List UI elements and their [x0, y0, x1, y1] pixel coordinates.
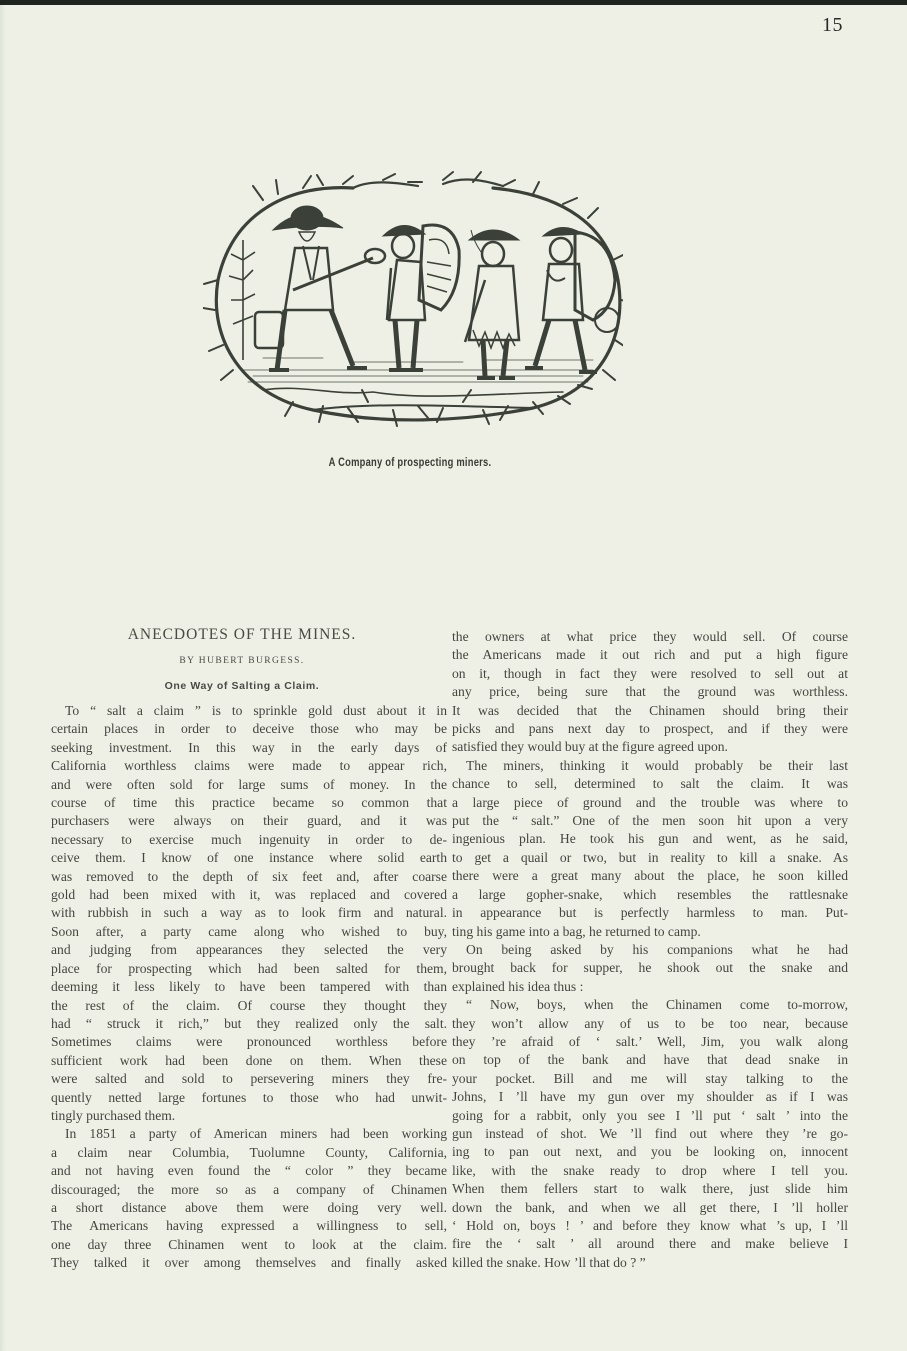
text-line: In 1851 a party of American miners had b… — [51, 1125, 447, 1143]
text-line: any price, being sure that the ground wa… — [452, 683, 848, 701]
text-line: and were often sold for large sums of mo… — [51, 776, 447, 794]
paragraph-continued: the owners at what price they would sell… — [452, 628, 848, 757]
text-line: going for a rabbit, only you see I ’ll p… — [452, 1107, 848, 1125]
text-line: The miners, thinking it would probably b… — [452, 757, 848, 775]
text-line: in appearance but is perfectly harmless … — [452, 904, 848, 922]
text-line: the rest of the claim. Of course they th… — [51, 997, 447, 1015]
text-line: a large gopher-snake, which resembles th… — [452, 886, 848, 904]
text-line: deeming it less likely to have been tamp… — [51, 978, 447, 996]
text-line: a large piece of ground and the trouble … — [452, 794, 848, 812]
page-top-edge — [0, 0, 907, 5]
text-line: ceive them. I know of one instance where… — [51, 849, 447, 867]
text-line: ingenious plan. He took his gun and went… — [452, 830, 848, 848]
text-line: explained his idea thus : — [452, 978, 848, 996]
text-line: on top of the bank and have that dead sn… — [452, 1051, 848, 1069]
text-line: certain places in order to deceive those… — [51, 720, 447, 738]
text-line: a claim near Columbia, Tuolumne County, … — [51, 1144, 447, 1162]
section-heading: One Way of Salting a Claim. — [57, 680, 427, 692]
text-line: Sometimes claims were pronounced worthle… — [51, 1033, 447, 1051]
text-line: It was decided that the Chinamen should … — [452, 702, 848, 720]
illustration-caption: A Company of prospecting miners. — [246, 455, 574, 469]
text-line: The Americans having expressed a willing… — [51, 1217, 447, 1235]
text-line: and judging from appearances they select… — [51, 941, 447, 959]
paragraph-miners-salt: The miners, thinking it would probably b… — [452, 757, 848, 941]
text-line: Soon after, a party came along who wishe… — [51, 923, 447, 941]
text-line: ‘ Hold on, boys ! ’ and before they know… — [452, 1217, 848, 1235]
text-line: on it, though in fact they were resolved… — [452, 665, 848, 683]
text-line: California worthless claims were made to… — [51, 757, 447, 775]
text-line: gold had been mixed with it, was replace… — [51, 886, 447, 904]
paragraph-supper: On being asked by his companions what he… — [452, 941, 848, 996]
text-line: they won’t allow any of us to be too nea… — [452, 1015, 848, 1033]
text-line: had “ struck it rich,” but they realized… — [51, 1015, 447, 1033]
text-line: On being asked by his companions what he… — [452, 941, 848, 959]
text-line: there were a great many about the place,… — [452, 867, 848, 885]
text-line: gun instead of shot. We ’ll find out whe… — [452, 1125, 848, 1143]
text-line: quently netted large fortunes to those w… — [51, 1089, 447, 1107]
text-line: purchasers were always on their guard, a… — [51, 812, 447, 830]
text-line: tingly purchased them. — [51, 1107, 447, 1125]
text-line: like, with the snake ready to drop where… — [452, 1162, 848, 1180]
text-line: with rubbish in such a way as to look fi… — [51, 904, 447, 922]
text-line: ting his game into a bag, he returned to… — [452, 923, 848, 941]
text-line: sufficient work had been done on them. W… — [51, 1052, 447, 1070]
text-line: to get a quail or two, but in reality to… — [452, 849, 848, 867]
prospecting-miners-engraving-icon — [203, 170, 623, 455]
text-line: chance to sell, determined to salt the c… — [452, 775, 848, 793]
text-line: To “ salt a claim ” is to sprinkle gold … — [51, 702, 447, 720]
page-number: 15 — [822, 14, 843, 37]
text-line: fire the ‘ salt ’ all around there and m… — [452, 1235, 848, 1253]
text-line: discouraged; the more so as a company of… — [51, 1181, 447, 1199]
paragraph-salt-definition: To “ salt a claim ” is to sprinkle gold … — [51, 702, 447, 1125]
text-line: down the bank, and when we all get there… — [452, 1199, 848, 1217]
text-line: Johns, I ’ll have my gun over my shoulde… — [452, 1088, 848, 1106]
paragraph-plan-quote: “ Now, boys, when the Chinamen come to-m… — [452, 996, 848, 1272]
text-line: seeking investment. In this way in the e… — [51, 739, 447, 757]
text-line: They talked it over among themselves and… — [51, 1254, 447, 1272]
text-line: and not having even found the “ color ” … — [51, 1162, 447, 1180]
text-line: was removed to the depth of six feet and… — [51, 868, 447, 886]
text-line: a short distance above them were doing v… — [51, 1199, 447, 1217]
engraving-illustration — [203, 170, 623, 455]
text-line: put the “ salt.” One of the men soon hit… — [452, 812, 848, 830]
text-line: When them fellers start to walk there, j… — [452, 1180, 848, 1198]
article-byline: BY HUBERT BURGESS. — [57, 656, 427, 666]
article-title: ANECDOTES OF THE MINES. — [57, 626, 427, 644]
text-line: one day three Chinamen went to look at t… — [51, 1236, 447, 1254]
text-line: the Americans made it out rich and put a… — [452, 646, 848, 664]
text-line: your pocket. Bill and me will stay talki… — [452, 1070, 848, 1088]
text-line: they ’re afraid of ‘ salt.’ Well, Jim, y… — [452, 1033, 848, 1051]
text-line: the owners at what price they would sell… — [452, 628, 848, 646]
text-line: ing to pan out next, and you be looking … — [452, 1143, 848, 1161]
text-line: killed the snake. How ’ll that do ? ” — [452, 1254, 848, 1272]
text-line: necessary to exercise much ingenuity in … — [51, 831, 447, 849]
right-column: the owners at what price they would sell… — [452, 628, 848, 1272]
text-line: place for prospecting which had been sal… — [51, 960, 447, 978]
left-column: To “ salt a claim ” is to sprinkle gold … — [51, 702, 447, 1273]
page-left-edge — [0, 5, 6, 1351]
text-line: brought back for supper, he shook out th… — [452, 959, 848, 977]
text-line: picks and pans next day to prospect, and… — [452, 720, 848, 738]
text-line: “ Now, boys, when the Chinamen come to-m… — [452, 996, 848, 1014]
text-line: course of time this practice became so c… — [51, 794, 447, 812]
text-line: were salted and sold to persevering mine… — [51, 1070, 447, 1088]
paragraph-1851-party: In 1851 a party of American miners had b… — [51, 1125, 447, 1272]
text-line: satisfied they would buy at the figure a… — [452, 738, 848, 756]
